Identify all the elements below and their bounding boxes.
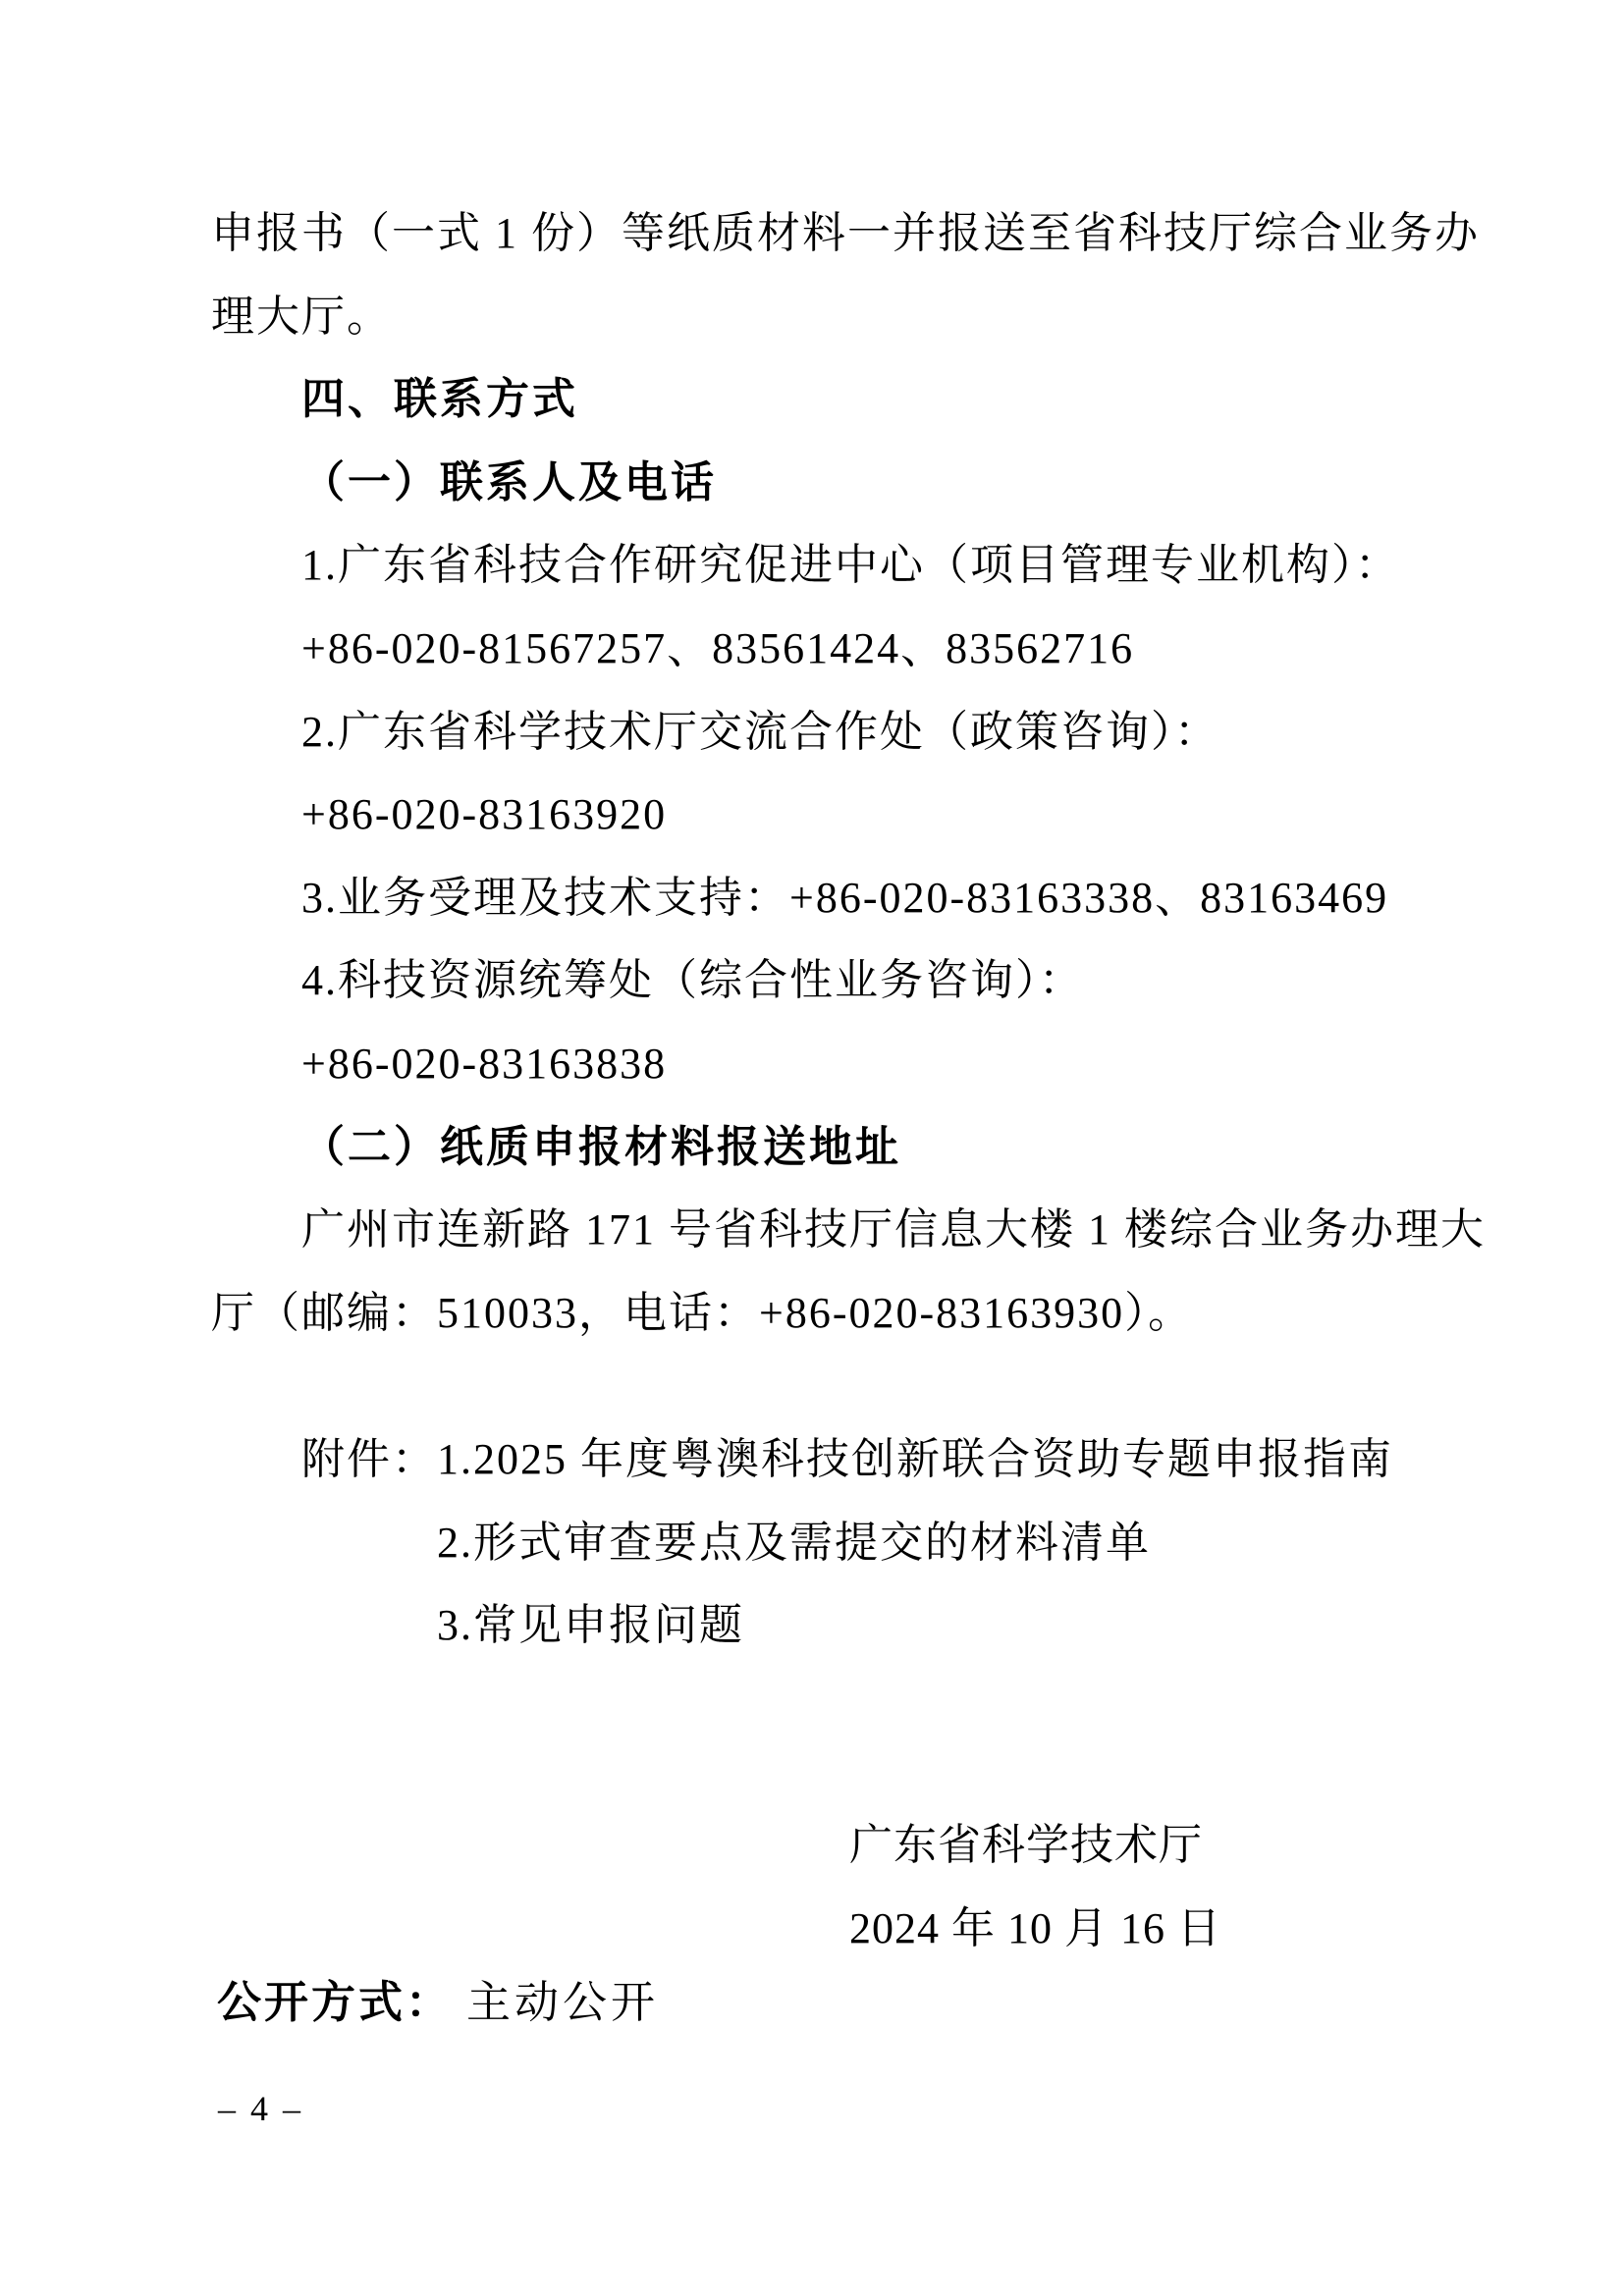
attachments-list: 1.2025 年度粤澳科技创新联合资助专题申报指南 2.形式审查要点及需提交的材… [437,1418,1393,1668]
contact-item-4: 4.科技资源统筹处（综合性业务咨询）： [211,939,1478,1023]
paragraph-continuation-line-2: 理大厅。 [211,276,1478,359]
contact-item-3: 3.业务受理及技术支持：+86-020-83163338、83163469 [211,857,1478,940]
attachments-block: 附件： 1.2025 年度粤澳科技创新联合资助专题申报指南 2.形式审查要点及需… [211,1418,1393,1668]
address-line-1: 广州市连新路 171 号省科技厅信息大楼 1 楼综合业务办理大 [211,1189,1478,1272]
contact-item-1-phones: +86-020-81567257、83561424、83562716 [211,608,1478,691]
attachment-item-2: 2.形式审查要点及需提交的材料清单 [437,1502,1393,1585]
subsection-heading-contacts-phones: （一）联系人及电话 [211,442,1478,525]
disclosure-line: 公开方式：主动公开 [217,1973,659,2032]
section-heading-contact: 四、联系方式 [211,358,1478,442]
disclosure-value: 主动公开 [466,1978,659,2027]
disclosure-label: 公开方式： [217,1977,453,2027]
contact-item-1: 1.广东省科技合作研究促进中心（项目管理专业机构）： [211,524,1478,608]
address-line-2: 厅（邮编：510033，电话：+86-020-83163930）。 [211,1272,1478,1356]
signature-date: 2024 年 10 月 16 日 [849,1888,1221,1971]
contact-item-2-phone: +86-020-83163920 [211,774,1478,857]
document-body: 申报书（一式 1 份）等纸质材料一并报送至省科技厅综合业务办 理大厅。 四、联系… [211,192,1478,1355]
contact-item-2: 2.广东省科学技术厅交流合作处（政策咨询）： [211,691,1478,774]
attachments-label: 附件： [301,1418,437,1502]
paragraph-continuation-line-1: 申报书（一式 1 份）等纸质材料一并报送至省科技厅综合业务办 [211,192,1478,276]
attachment-item-3: 3.常见申报问题 [437,1584,1393,1668]
signature-block: 广东省科学技术厅 2024 年 10 月 16 日 [849,1804,1221,1970]
subsection-heading-paper-address: （二）纸质申报材料报送地址 [211,1106,1478,1190]
attachment-item-1: 1.2025 年度粤澳科技创新联合资助专题申报指南 [437,1418,1393,1502]
document-page: 申报书（一式 1 份）等纸质材料一并报送至省科技厅综合业务办 理大厅。 四、联系… [0,0,1624,2296]
signature-agency: 广东省科学技术厅 [849,1804,1221,1888]
contact-item-4-phone: +86-020-83163838 [211,1023,1478,1106]
page-number: – 4 – [218,2089,303,2128]
